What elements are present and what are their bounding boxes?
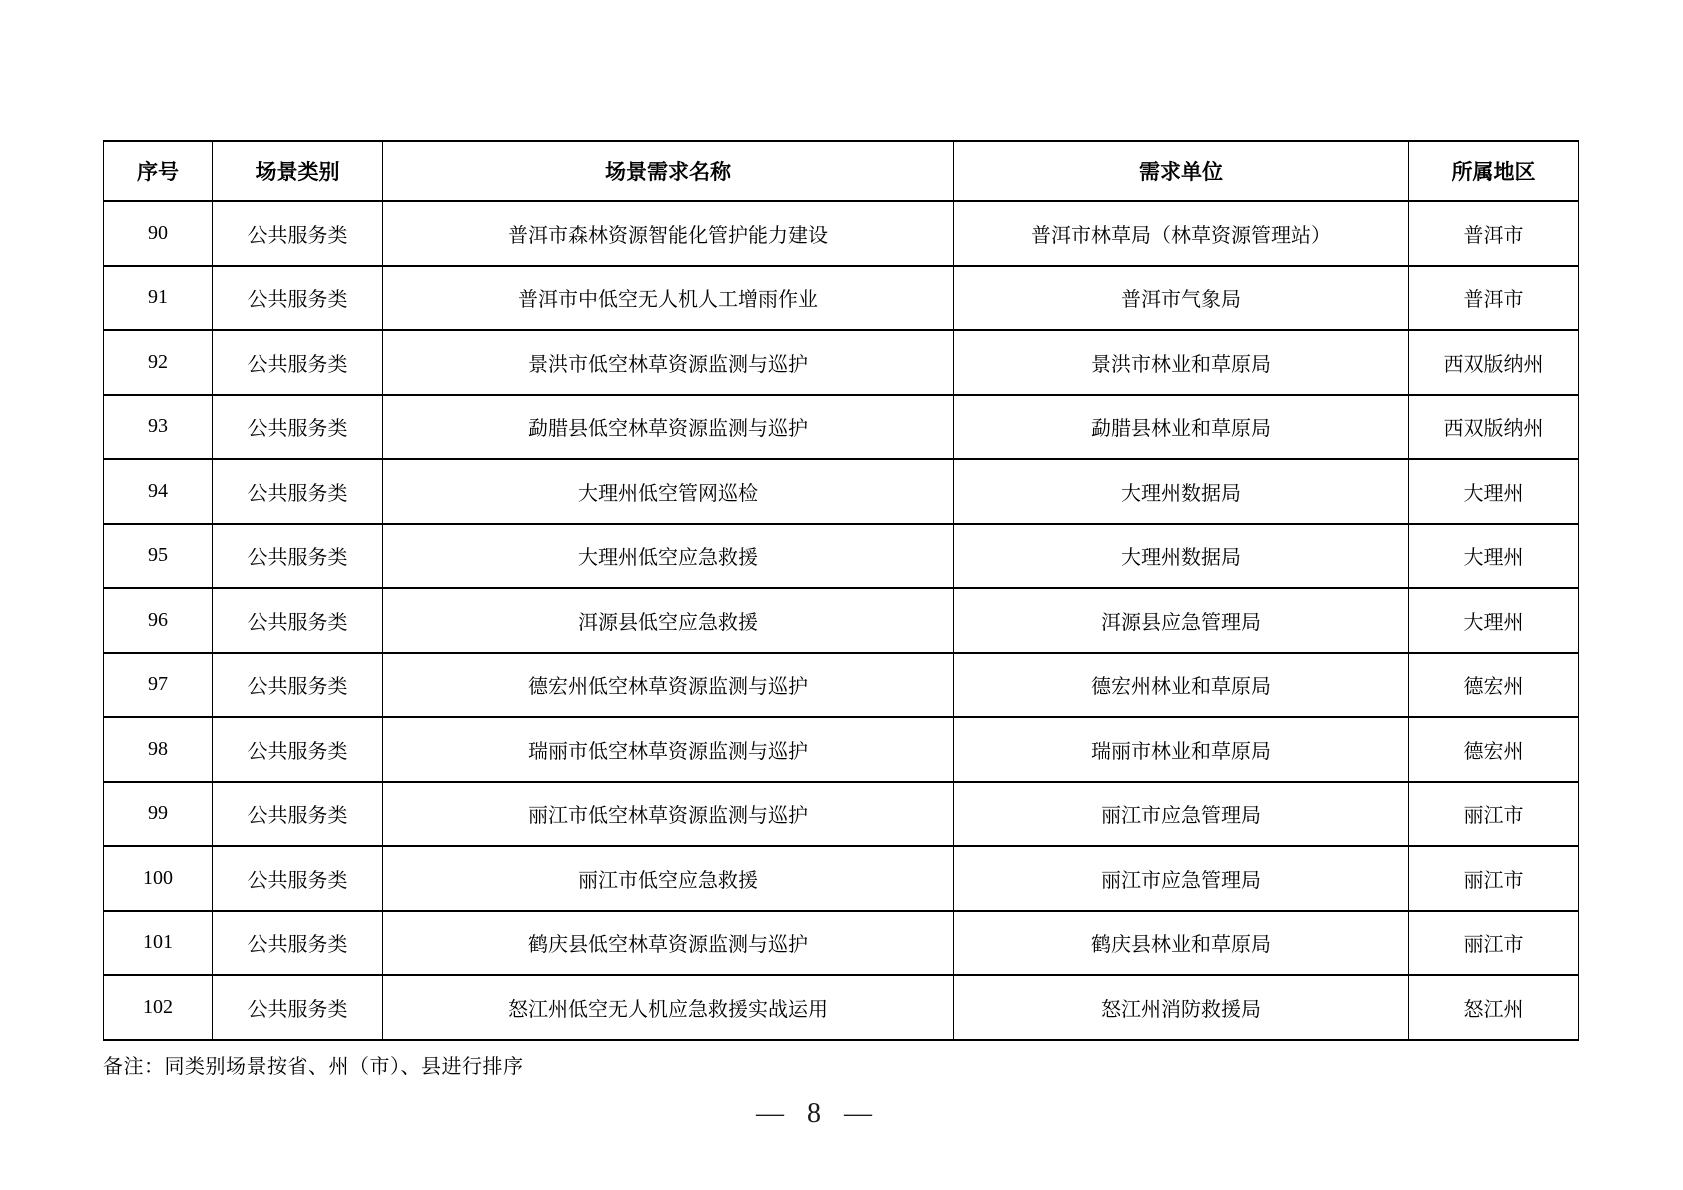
table-row: 92 公共服务类 景洪市低空林草资源监测与巡护 景洪市林业和草原局 西双版纳州 xyxy=(104,330,1579,395)
cell-region: 普洱市 xyxy=(1409,201,1579,266)
cell-demand-unit: 鹤庆县林业和草原局 xyxy=(954,911,1409,976)
table-row: 102 公共服务类 怒江州低空无人机应急救援实战运用 怒江州消防救援局 怒江州 xyxy=(104,975,1579,1040)
cell-category: 公共服务类 xyxy=(213,782,383,847)
cell-index: 93 xyxy=(104,395,213,460)
document-page: 序号 场景类别 场景需求名称 需求单位 所属地区 90 公共服务类 普洱市森林资… xyxy=(0,0,1683,1190)
cell-category: 公共服务类 xyxy=(213,588,383,653)
cell-index: 91 xyxy=(104,266,213,331)
cell-index: 99 xyxy=(104,782,213,847)
cell-scene-name: 大理州低空管网巡检 xyxy=(383,459,954,524)
cell-demand-unit: 普洱市林草局（林草资源管理站） xyxy=(954,201,1409,266)
cell-scene-name: 洱源县低空应急救援 xyxy=(383,588,954,653)
header-cell-category: 场景类别 xyxy=(213,141,383,201)
cell-index: 101 xyxy=(104,911,213,976)
cell-region: 丽江市 xyxy=(1409,782,1579,847)
cell-demand-unit: 怒江州消防救援局 xyxy=(954,975,1409,1040)
cell-index: 94 xyxy=(104,459,213,524)
scene-demand-table: 序号 场景类别 场景需求名称 需求单位 所属地区 90 公共服务类 普洱市森林资… xyxy=(103,140,1579,1041)
cell-region: 德宏州 xyxy=(1409,653,1579,718)
cell-region: 西双版纳州 xyxy=(1409,395,1579,460)
table-row: 101 公共服务类 鹤庆县低空林草资源监测与巡护 鹤庆县林业和草原局 丽江市 xyxy=(104,911,1579,976)
cell-category: 公共服务类 xyxy=(213,395,383,460)
cell-demand-unit: 瑞丽市林业和草原局 xyxy=(954,717,1409,782)
header-cell-region: 所属地区 xyxy=(1409,141,1579,201)
cell-index: 92 xyxy=(104,330,213,395)
cell-scene-name: 勐腊县低空林草资源监测与巡护 xyxy=(383,395,954,460)
cell-region: 大理州 xyxy=(1409,524,1579,589)
header-cell-demand-unit: 需求单位 xyxy=(954,141,1409,201)
cell-scene-name: 普洱市森林资源智能化管护能力建设 xyxy=(383,201,954,266)
cell-region: 大理州 xyxy=(1409,459,1579,524)
cell-scene-name: 瑞丽市低空林草资源监测与巡护 xyxy=(383,717,954,782)
table-row: 96 公共服务类 洱源县低空应急救援 洱源县应急管理局 大理州 xyxy=(104,588,1579,653)
cell-region: 怒江州 xyxy=(1409,975,1579,1040)
cell-scene-name: 丽江市低空应急救援 xyxy=(383,846,954,911)
cell-region: 西双版纳州 xyxy=(1409,330,1579,395)
table-row: 100 公共服务类 丽江市低空应急救援 丽江市应急管理局 丽江市 xyxy=(104,846,1579,911)
cell-index: 90 xyxy=(104,201,213,266)
cell-demand-unit: 景洪市林业和草原局 xyxy=(954,330,1409,395)
cell-category: 公共服务类 xyxy=(213,911,383,976)
cell-category: 公共服务类 xyxy=(213,459,383,524)
cell-category: 公共服务类 xyxy=(213,201,383,266)
cell-scene-name: 德宏州低空林草资源监测与巡护 xyxy=(383,653,954,718)
table-header-row: 序号 场景类别 场景需求名称 需求单位 所属地区 xyxy=(104,141,1579,201)
cell-index: 98 xyxy=(104,717,213,782)
cell-region: 丽江市 xyxy=(1409,846,1579,911)
table-row: 93 公共服务类 勐腊县低空林草资源监测与巡护 勐腊县林业和草原局 西双版纳州 xyxy=(104,395,1579,460)
cell-scene-name: 大理州低空应急救援 xyxy=(383,524,954,589)
cell-category: 公共服务类 xyxy=(213,975,383,1040)
page-number: — 8 — xyxy=(0,1098,1628,1130)
cell-demand-unit: 丽江市应急管理局 xyxy=(954,782,1409,847)
cell-index: 95 xyxy=(104,524,213,589)
cell-demand-unit: 大理州数据局 xyxy=(954,459,1409,524)
cell-demand-unit: 德宏州林业和草原局 xyxy=(954,653,1409,718)
cell-demand-unit: 普洱市气象局 xyxy=(954,266,1409,331)
cell-category: 公共服务类 xyxy=(213,330,383,395)
cell-category: 公共服务类 xyxy=(213,653,383,718)
cell-index: 97 xyxy=(104,653,213,718)
table-row: 98 公共服务类 瑞丽市低空林草资源监测与巡护 瑞丽市林业和草原局 德宏州 xyxy=(104,717,1579,782)
cell-demand-unit: 洱源县应急管理局 xyxy=(954,588,1409,653)
cell-scene-name: 普洱市中低空无人机人工增雨作业 xyxy=(383,266,954,331)
cell-demand-unit: 勐腊县林业和草原局 xyxy=(954,395,1409,460)
cell-region: 大理州 xyxy=(1409,588,1579,653)
cell-index: 96 xyxy=(104,588,213,653)
footnote: 备注：同类别场景按省、州（市）、县进行排序 xyxy=(103,1050,524,1079)
table-row: 91 公共服务类 普洱市中低空无人机人工增雨作业 普洱市气象局 普洱市 xyxy=(104,266,1579,331)
cell-index: 100 xyxy=(104,846,213,911)
cell-scene-name: 怒江州低空无人机应急救援实战运用 xyxy=(383,975,954,1040)
table-row: 90 公共服务类 普洱市森林资源智能化管护能力建设 普洱市林草局（林草资源管理站… xyxy=(104,201,1579,266)
table-row: 97 公共服务类 德宏州低空林草资源监测与巡护 德宏州林业和草原局 德宏州 xyxy=(104,653,1579,718)
cell-region: 丽江市 xyxy=(1409,911,1579,976)
cell-category: 公共服务类 xyxy=(213,717,383,782)
cell-demand-unit: 大理州数据局 xyxy=(954,524,1409,589)
cell-scene-name: 景洪市低空林草资源监测与巡护 xyxy=(383,330,954,395)
cell-category: 公共服务类 xyxy=(213,266,383,331)
table-row: 95 公共服务类 大理州低空应急救援 大理州数据局 大理州 xyxy=(104,524,1579,589)
cell-index: 102 xyxy=(104,975,213,1040)
cell-demand-unit: 丽江市应急管理局 xyxy=(954,846,1409,911)
cell-scene-name: 鹤庆县低空林草资源监测与巡护 xyxy=(383,911,954,976)
cell-region: 普洱市 xyxy=(1409,266,1579,331)
table-row: 94 公共服务类 大理州低空管网巡检 大理州数据局 大理州 xyxy=(104,459,1579,524)
cell-category: 公共服务类 xyxy=(213,524,383,589)
cell-scene-name: 丽江市低空林草资源监测与巡护 xyxy=(383,782,954,847)
cell-category: 公共服务类 xyxy=(213,846,383,911)
cell-region: 德宏州 xyxy=(1409,717,1579,782)
header-cell-index: 序号 xyxy=(104,141,213,201)
header-cell-scene-name: 场景需求名称 xyxy=(383,141,954,201)
table-row: 99 公共服务类 丽江市低空林草资源监测与巡护 丽江市应急管理局 丽江市 xyxy=(104,782,1579,847)
